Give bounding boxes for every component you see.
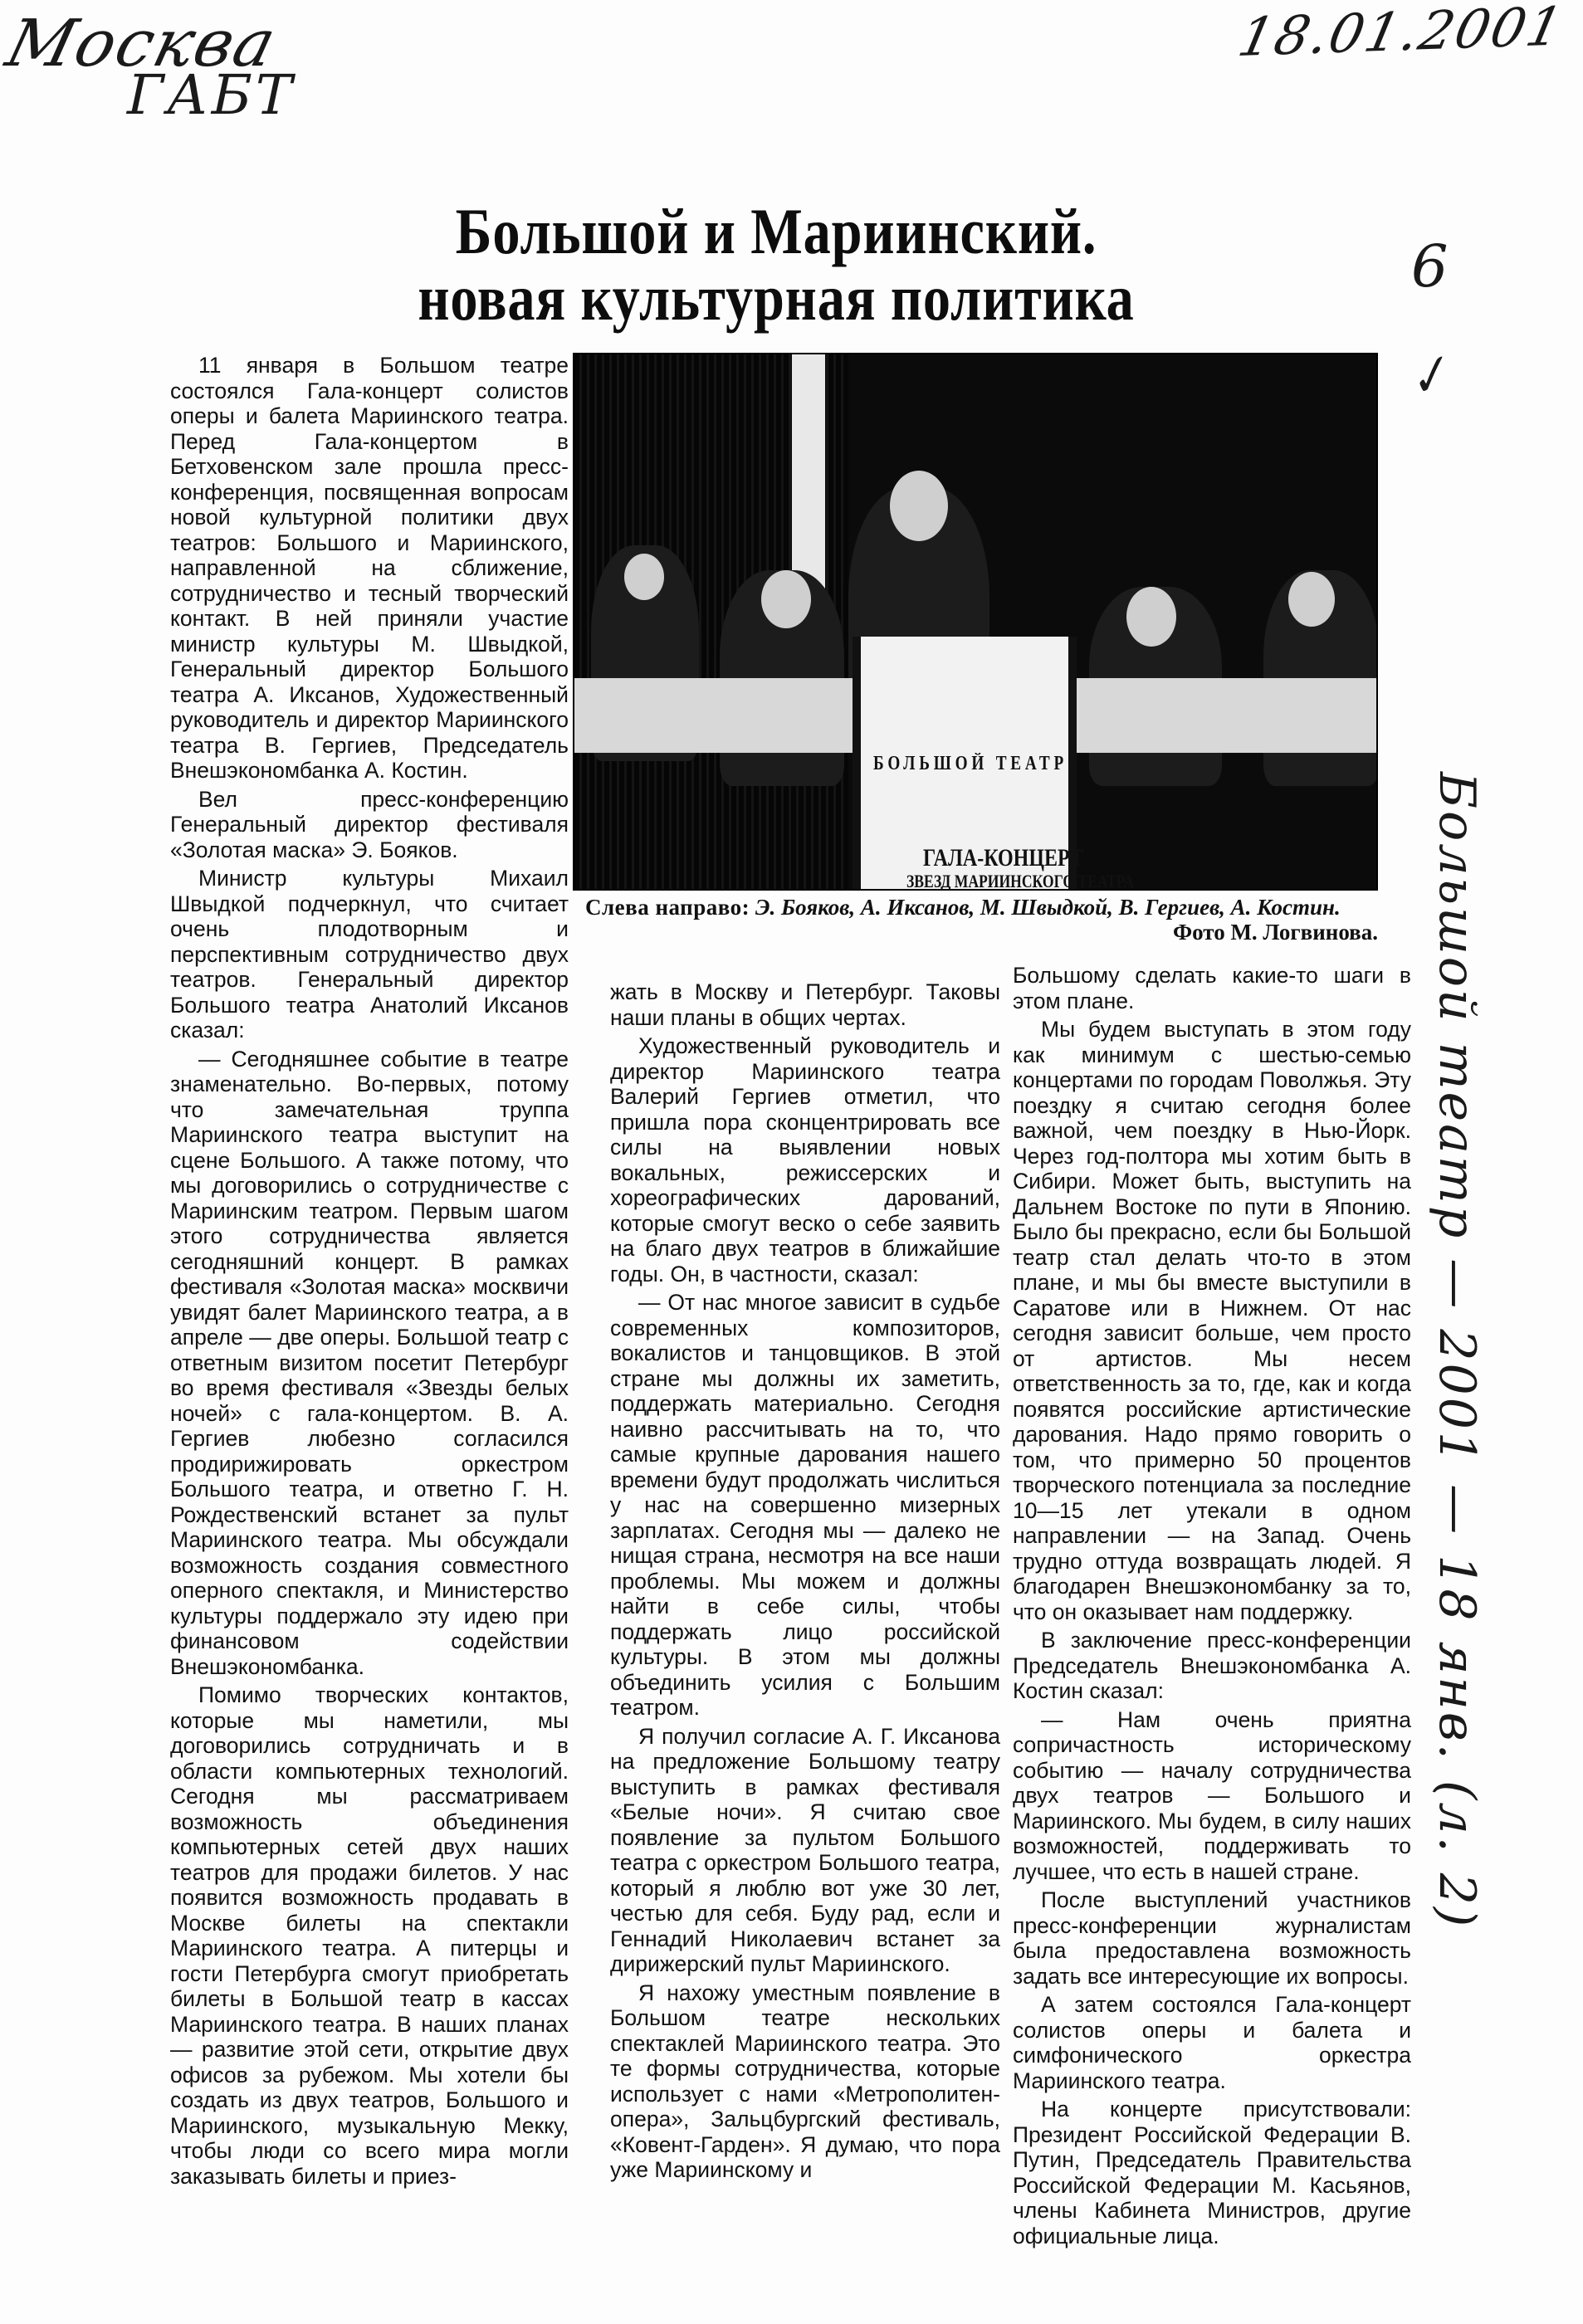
photo-face-4: [1126, 587, 1176, 647]
paragraph: Я нахожу уместным появление в Большом те…: [610, 1980, 1000, 2183]
paragraph: В заключение пресс-конференции Председат…: [1013, 1628, 1411, 1704]
article-column-middle: жать в Москву и Петербург. Таковы наши п…: [610, 979, 1000, 2186]
photo-face-5: [1288, 572, 1335, 627]
paragraph: — От нас многое зависит в судьбе совреме…: [610, 1290, 1000, 1721]
paragraph: А затем состоялся Гала-концерт солистов …: [1013, 1992, 1411, 2093]
photo-banner-stars: ЗВЕЗД МАРИИНСКОГО ТЕАТРА: [906, 871, 1134, 891]
handwritten-department: ГАБТ: [121, 68, 300, 123]
paragraph: Министр культуры Михаил Швыдкой подчеркн…: [170, 866, 569, 1043]
paragraph: Я получил согласие А. Г. Иксанова на пре…: [610, 1724, 1000, 1977]
article-column-left: 11 января в Большом театре состоялся Гал…: [170, 353, 569, 2192]
paragraph: После выступлений участников пресс-конфе…: [1013, 1887, 1411, 1989]
handwritten-date: 18.01.2001: [1234, 1, 1568, 65]
photo-banner-theatre: БОЛЬШОЙ ТЕАТР: [873, 753, 1068, 775]
handwritten-vertical-note: Большой театр — 2001 — 18 янв. (л. 2): [1428, 772, 1486, 1929]
photo-caption: Слева направо: Э. Бояков, А. Иксанов, М.…: [585, 895, 1378, 920]
photo-face-2: [761, 570, 811, 628]
paragraph: Художественный руководитель и директор М…: [610, 1033, 1000, 1286]
article-column-right: Большому сделать какие-то шаги в этом пл…: [1013, 963, 1411, 2252]
headline-line-2: новая культурная политика: [328, 266, 1224, 330]
paragraph: жать в Москву и Петербург. Таковы наши п…: [610, 979, 1000, 1030]
paragraph: Мы будем выступать в этом году как миним…: [1013, 1017, 1411, 1624]
paragraph: На концерте присутствовали: Президент Ро…: [1013, 2097, 1411, 2248]
photo-face-3: [890, 471, 948, 541]
paragraph: Вел пресс-конференцию Генеральный директ…: [170, 787, 569, 863]
paragraph: — Нам очень приятна сопричастность истор…: [1013, 1707, 1411, 1885]
caption-lead: Слева направо:: [585, 895, 750, 920]
photo-banner-gala: ГАЛА-КОНЦЕРТ: [923, 844, 1083, 872]
paragraph: Большому сделать какие-то шаги в этом пл…: [1013, 963, 1411, 1013]
paragraph: Помимо творческих контактов, которые мы …: [170, 1682, 569, 2189]
caption-names: Э. Бояков, А. Иксанов, М. Швыдкой, В. Ге…: [755, 895, 1341, 920]
headline-line-1: Большой и Мариинский.: [328, 199, 1224, 264]
handwritten-mark: 6: [1411, 232, 1449, 300]
paragraph: — Сегодняшнее событие в театре знаменате…: [170, 1047, 569, 1680]
photo-credit: Фото М. Логвинова.: [1173, 920, 1378, 945]
handwritten-check-icon: ✓: [1399, 343, 1458, 412]
paragraph: 11 января в Большом театре состоялся Гал…: [170, 353, 569, 784]
press-conference-photo: БОЛЬШОЙ ТЕАТР ГАЛА-КОНЦЕРТ ЗВЕЗД МАРИИНС…: [573, 353, 1378, 891]
photo-face-1: [624, 554, 664, 600]
